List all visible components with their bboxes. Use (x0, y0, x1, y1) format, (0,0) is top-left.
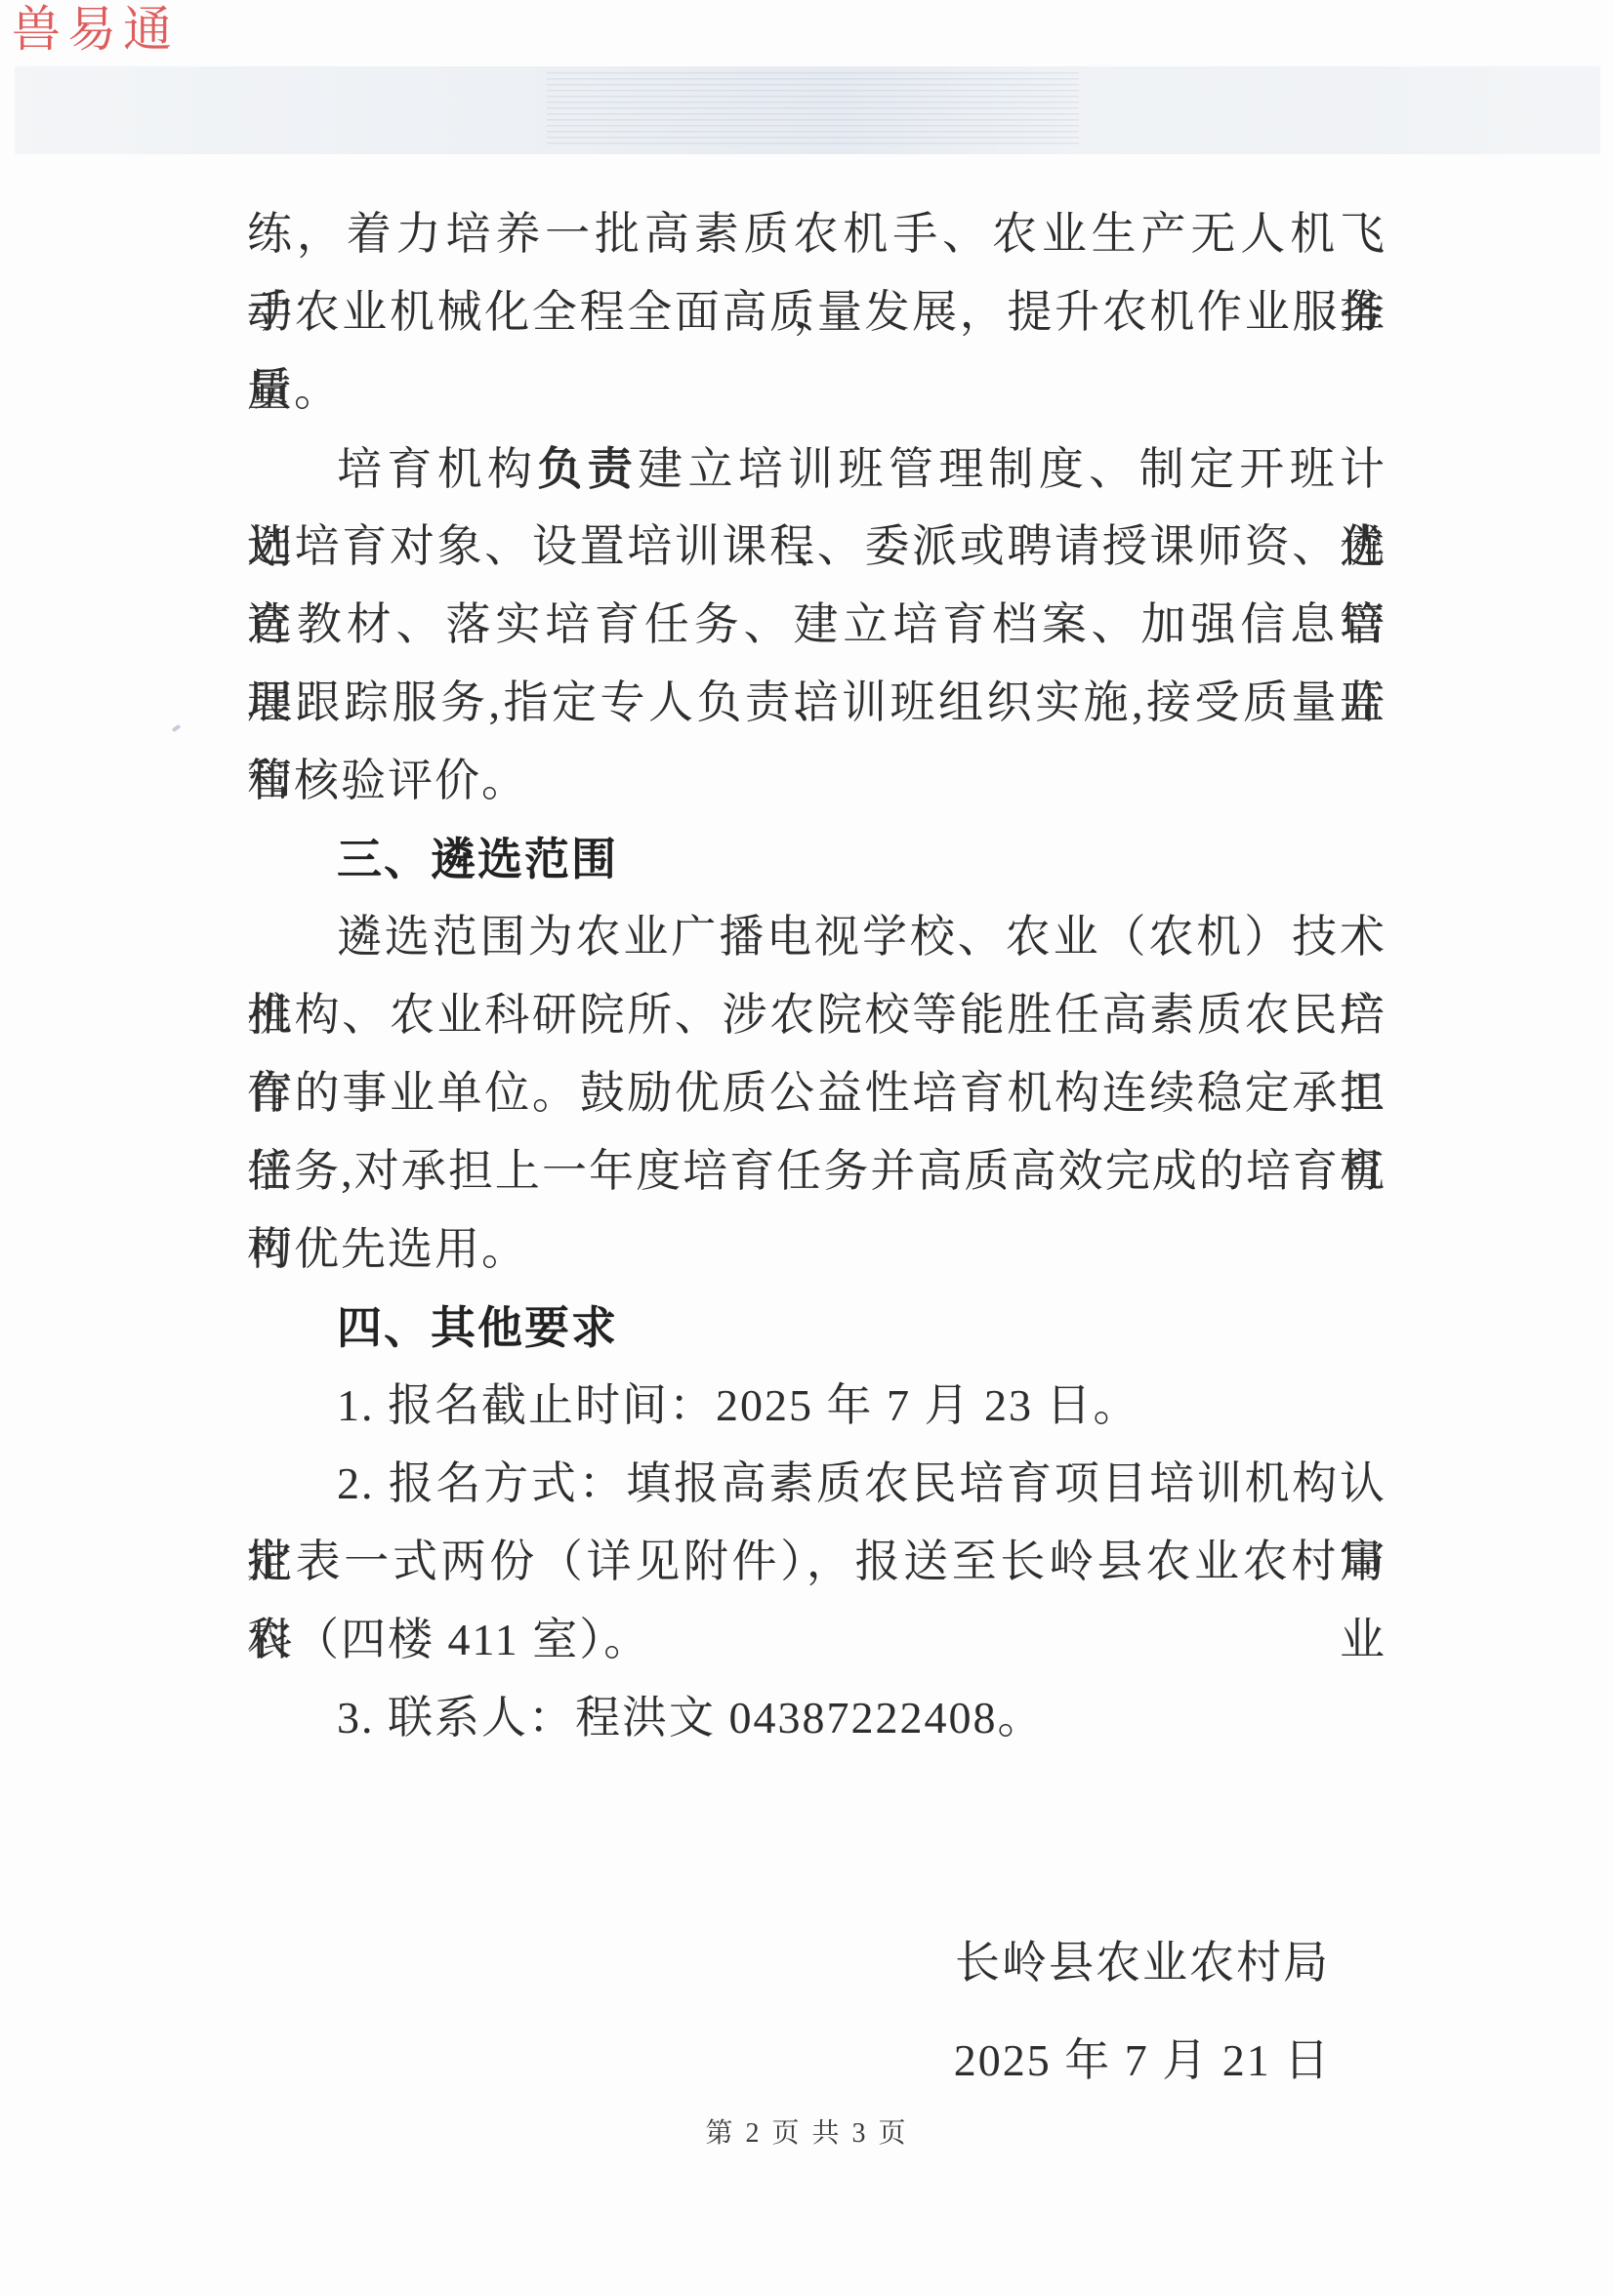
scan-speck (172, 724, 182, 732)
signature-date: 2025 年 7 月 21 日 (849, 2032, 1435, 2089)
body-line: 展跟踪服务,指定专人负责培训班组织实施,接受质量监管 (247, 664, 1386, 742)
text-segment: 培育机构 (337, 444, 537, 494)
body-line: 量。 (247, 351, 1386, 430)
body-line: 批表一式两份（详见附件），报送至长岭县农业农村局农业 (247, 1523, 1386, 1601)
body-line: 育教材、落实培育任务、建立培育档案、加强信息管理、开 (247, 586, 1386, 664)
scan-artifact-band (15, 66, 1600, 154)
document-body: 练，着力培养一批高素质农机手、农业生产无人机飞手，推动农业机械化全程全面高质量发… (247, 195, 1386, 1757)
body-line: 机构、农业科研院所、涉农院校等能胜任高素质农民培育工 (247, 976, 1386, 1054)
list-item-method: 2. 报名方式：填报高素质农民培育项目培训机构认定审 (247, 1445, 1386, 1523)
body-line: 练，着力培养一批高素质农机手、农业生产无人机飞手，推 (247, 195, 1386, 273)
body-line: 任务,对承担上一年度培育任务并高质高效完成的培育机构 (247, 1132, 1386, 1210)
body-line: 可优先选用。 (247, 1210, 1386, 1289)
section-heading-selection-scope: 三、遴选范围 (247, 820, 1386, 898)
signature-org: 长岭县农业农村局 (849, 1935, 1435, 1991)
page-footer: 第 2 页 共 3 页 (0, 2114, 1614, 2153)
body-line: 作的事业单位。鼓励优质公益性培育机构连续稳定承担培育 (247, 1054, 1386, 1132)
body-line: 遴选范围为农业广播电视学校、农业（农机）技术推广 (247, 898, 1386, 976)
list-item-deadline: 1. 报名截止时间：2025 年 7 月 23 日。 (247, 1367, 1386, 1445)
body-line: 选培育对象、设置培训课程、委派或聘请授课师资、优选培 (247, 508, 1386, 586)
scan-artifact-texture (547, 72, 1079, 146)
body-line: 培育机构负责建立培训班管理制度、制定开班计划、遴 (247, 430, 1386, 508)
body-line: 和核验评价。 (247, 742, 1386, 820)
body-line: 动农业机械化全程全面高质量发展，提升农机作业服务质 (247, 273, 1386, 351)
watermark-logo: 兽易通 (12, 2, 179, 57)
section-heading-other-requirements: 四、其他要求 (247, 1289, 1386, 1367)
bold-emphasis: 负责 (537, 443, 638, 494)
list-item-contact: 3. 联系人：程洪文 04387222408。 (247, 1679, 1386, 1757)
document-page: 兽易通 练，着力培养一批高素质农机手、农业生产无人机飞手，推动农业机械化全程全面… (0, 0, 1614, 2296)
